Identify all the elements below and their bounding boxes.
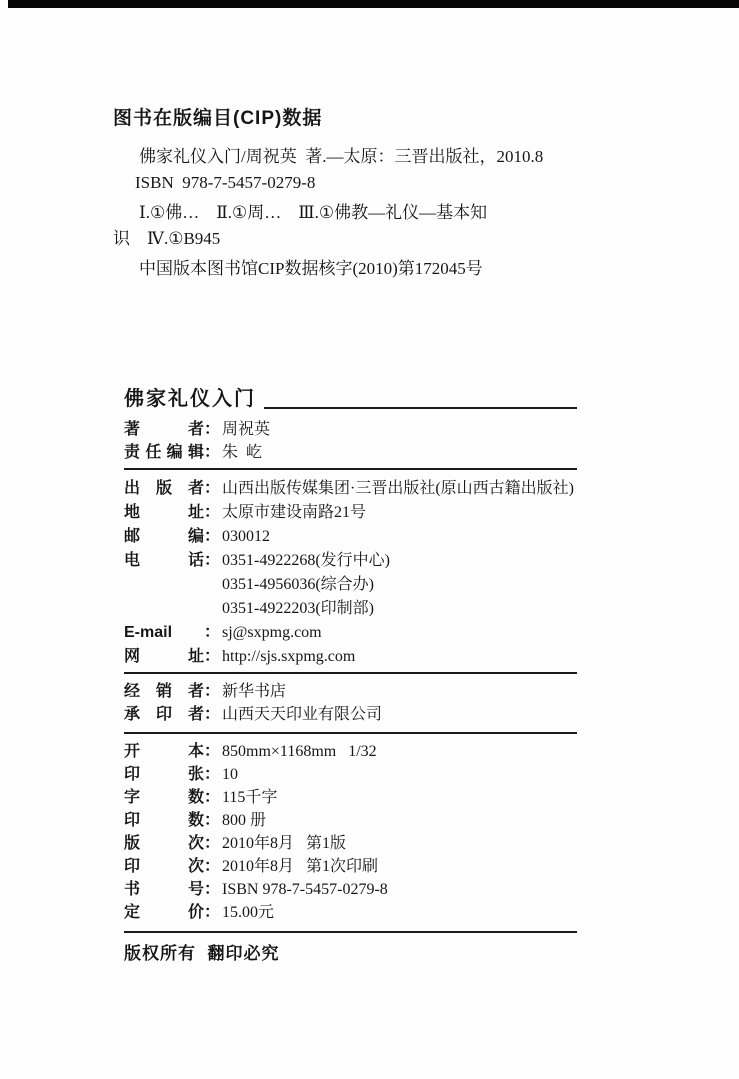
row-colon: ： (204, 525, 222, 549)
row-value: 山西天天印业有限公司 (222, 706, 382, 723)
colophon-row-print-run: 印数：800 册 (124, 809, 577, 832)
colophon-group-editorial: 著者：周祝英 责任编辑：朱 屹 (124, 416, 577, 468)
colophon-block: 佛家礼仪入门 著者：周祝英 责任编辑：朱 屹 出版者：山西出版传媒集团·三晋出版… (124, 386, 577, 966)
row-value: 2010年8月 第1版 (222, 835, 346, 852)
row-label: 字数 (124, 786, 204, 809)
colophon-group-distribution: 经销者：新华书店 承印者：山西天天印业有限公司 (124, 674, 577, 732)
colophon-group-printing: 开本：850mm×1168mm 1/32 印张：10 字数：115千字 印数：8… (124, 734, 577, 931)
row-colon: ： (204, 501, 222, 525)
row-value: 朱 屹 (222, 444, 262, 461)
colophon-row-website: 网址：http://sjs.sxpmg.com (124, 645, 577, 669)
row-label: 开本 (124, 740, 204, 763)
row-value: 2010年8月 第1次印刷 (222, 858, 378, 875)
row-colon: ： (204, 477, 222, 501)
row-colon: ： (204, 763, 222, 786)
book-title-row: 佛家礼仪入门 (124, 386, 577, 412)
row-value: 太原市建设南路21号 (222, 504, 366, 521)
row-label: 书号 (124, 878, 204, 901)
row-label: 版次 (124, 832, 204, 855)
cip-class-line-2: 识 Ⅳ.①B945 (113, 226, 633, 252)
row-value: 0351-4922268(发行中心) (222, 552, 390, 569)
copyright-notice: 版权所有 翻印必究 (124, 942, 577, 966)
colophon-group-publisher: 出版者：山西出版传媒集团·三晋出版社(原山西古籍出版社) 地址：太原市建设南路2… (124, 470, 577, 672)
row-colon: ： (204, 549, 222, 573)
row-label: 网址 (124, 645, 204, 669)
colophon-row-sheets: 印张：10 (124, 763, 577, 786)
row-label: 出版者 (124, 477, 204, 501)
scan-edge-bar (8, 0, 739, 8)
row-value: http://sjs.sxpmg.com (222, 648, 355, 665)
row-label: 承印者 (124, 703, 204, 726)
colophon-row-phone-3: 0351-4922203(印制部) (124, 597, 577, 621)
row-label: 印次 (124, 855, 204, 878)
row-colon: ： (204, 703, 222, 726)
row-value: 0351-4956036(综合办) (222, 576, 374, 593)
row-value: 115千字 (222, 789, 277, 806)
row-colon: ： (204, 645, 222, 669)
row-colon: ： (204, 855, 222, 878)
colophon-row-book-number: 书号：ISBN 978-7-5457-0279-8 (124, 878, 577, 901)
cip-entry-line: 佛家礼仪入门/周祝英 著.—太原：三晋出版社，2010.8 (113, 144, 633, 170)
row-label: 邮编 (124, 525, 204, 549)
row-colon: ： (204, 786, 222, 809)
colophon-row-publisher: 出版者：山西出版传媒集团·三晋出版社(原山西古籍出版社) (124, 477, 577, 501)
row-colon: ： (204, 809, 222, 832)
colophon-row-phone: 电话：0351-4922268(发行中心) (124, 549, 577, 573)
row-colon: ： (204, 878, 222, 901)
colophon-row-edition: 版次：2010年8月 第1版 (124, 832, 577, 855)
row-value: 10 (222, 766, 238, 783)
colophon-row-postcode: 邮编：030012 (124, 525, 577, 549)
cip-isbn-line: ISBN 978-7-5457-0279-8 (113, 170, 633, 196)
row-value: 800 册 (222, 812, 266, 829)
row-colon: ： (204, 621, 222, 645)
row-colon: ： (204, 901, 222, 924)
colophon-row-impression: 印次：2010年8月 第1次印刷 (124, 855, 577, 878)
colophon-row-author: 著者：周祝英 (124, 418, 577, 441)
row-label: 地址 (124, 501, 204, 525)
cip-data-block: 图书在版编目(CIP)数据 佛家礼仪入门/周祝英 著.—太原：三晋出版社，201… (113, 106, 633, 282)
colophon-row-printer: 承印者：山西天天印业有限公司 (124, 703, 577, 726)
copyright-page: { "ui": { "colon": "：" }, "cip": { "head… (0, 0, 739, 1079)
row-value: ISBN 978-7-5457-0279-8 (222, 881, 388, 898)
row-label: 著者 (124, 418, 204, 441)
row-colon: ： (204, 680, 222, 703)
row-value: 0351-4922203(印制部) (222, 600, 374, 617)
row-value: 15.00元 (222, 904, 274, 921)
row-label: 定价 (124, 901, 204, 924)
cip-heading: 图书在版编目(CIP)数据 (113, 106, 633, 132)
cip-record-line: 中国版本图书馆CIP数据核字(2010)第172045号 (113, 256, 633, 282)
colophon-row-distributor: 经销者：新华书店 (124, 680, 577, 703)
row-label: 印数 (124, 809, 204, 832)
row-label: 电话 (124, 549, 204, 573)
row-label: 责任编辑 (124, 441, 204, 464)
colophon-row-chief-editor: 责任编辑：朱 屹 (124, 441, 577, 464)
row-value: 山西出版传媒集团·三晋出版社(原山西古籍出版社) (222, 480, 574, 497)
row-label: E-mail (124, 621, 204, 645)
row-value: 新华书店 (222, 683, 286, 700)
row-value: 850mm×1168mm 1/32 (222, 743, 377, 760)
cip-class-line-1: Ⅰ.①佛… Ⅱ.①周… Ⅲ.①佛教—礼仪—基本知 (113, 200, 633, 226)
colophon-row-price: 定价：15.00元 (124, 901, 577, 924)
row-colon: ： (204, 418, 222, 441)
title-rule (264, 407, 577, 409)
colophon-row-phone-2: 0351-4956036(综合办) (124, 573, 577, 597)
colophon-row-email: E-mail：sj@sxpmg.com (124, 621, 577, 645)
row-label: 经销者 (124, 680, 204, 703)
row-label: 印张 (124, 763, 204, 786)
colophon-row-format: 开本：850mm×1168mm 1/32 (124, 740, 577, 763)
row-colon: ： (204, 832, 222, 855)
row-colon: ： (204, 740, 222, 763)
colophon-row-address: 地址：太原市建设南路21号 (124, 501, 577, 525)
horizontal-rule (124, 931, 577, 933)
colophon-row-word-count: 字数：115千字 (124, 786, 577, 809)
row-value: 030012 (222, 528, 270, 545)
row-colon: ： (204, 441, 222, 464)
book-title: 佛家礼仪入门 (124, 386, 256, 412)
row-value: 周祝英 (222, 421, 270, 438)
row-value: sj@sxpmg.com (222, 624, 322, 641)
